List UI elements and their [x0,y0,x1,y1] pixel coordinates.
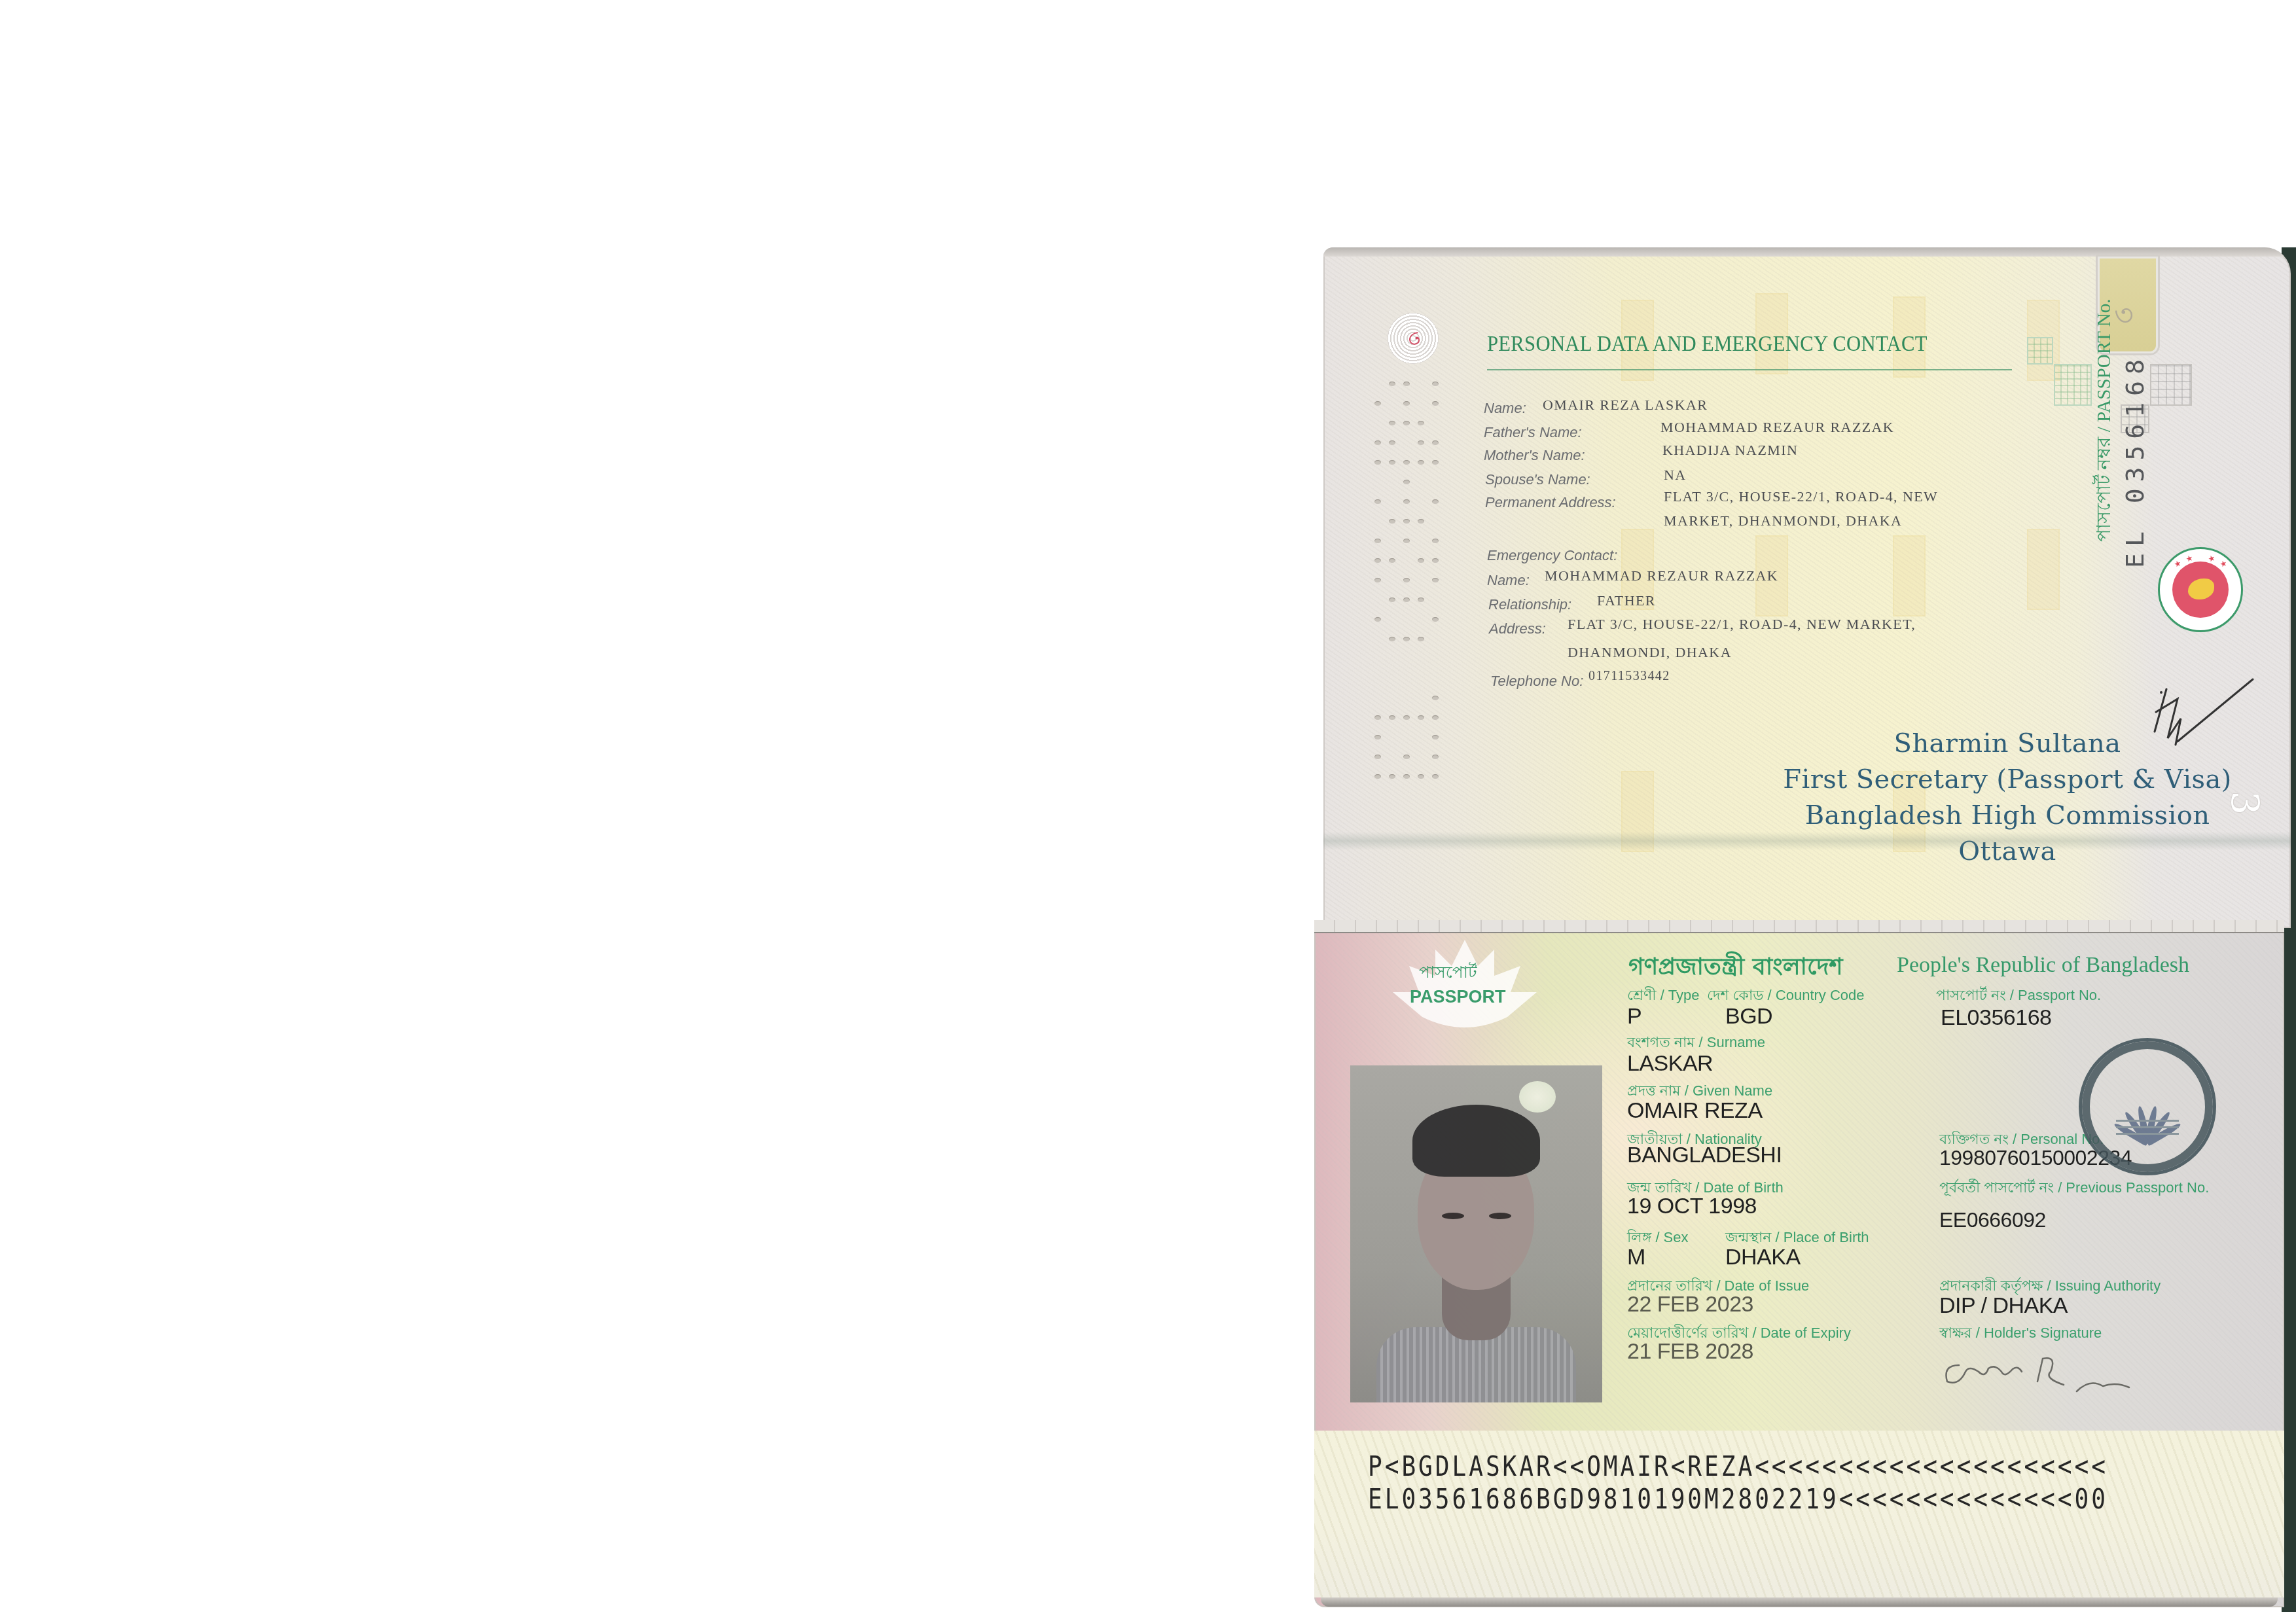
spouse-name-label: Spouse's Name: [1485,471,1590,488]
government-seal-icon: ★ ★ ★ ★ [2158,547,2243,632]
perforation-pattern [1374,382,1453,807]
page-number-badge: ৩ [1388,313,1439,364]
perforation-dot [1374,440,1381,445]
perforation-dot [1418,440,1424,445]
perforation-dot [1374,755,1381,759]
perforation-dot [1403,578,1410,582]
security-tile [2027,337,2053,365]
fold-shadow [1323,832,2291,850]
page-edge [1314,920,2284,933]
expiry-date-value: 21 FEB 2028 [1627,1339,1753,1364]
holder-photo [1350,1065,1602,1402]
perforation-dot [1403,539,1410,543]
perforation-dot [1418,637,1424,641]
emblem-label-bn: পাসপোর্ট [1419,959,1477,988]
perforation-dot [1418,774,1424,779]
emergency-address-line2: DHANMONDI, DHAKA [1568,644,1732,661]
issuing-office-stamp [2079,1038,2216,1175]
perforation-dot [1432,696,1439,700]
perforation-dot [1432,715,1439,720]
surname-value: LASKAR [1627,1051,1713,1077]
mrz-line-2: EL03561686BGD9810190M2802219<<<<<<<<<<<<… [1368,1483,2108,1515]
page-number-watermark: 3 [2223,791,2267,815]
perforation-dot [1432,617,1439,622]
perforation-dot [1403,382,1410,386]
perforation-dot [1432,401,1439,406]
page-edge [1323,247,2291,257]
perforation-dot [1374,401,1381,406]
relationship-value: FATHER [1597,592,1656,609]
given-name-value: OMAIR REZA [1627,1098,1763,1124]
telephone-label: Telephone No: [1490,673,1583,690]
perforation-dot [1374,539,1381,543]
perforation-dot [1432,460,1439,465]
officer-title: First Secretary (Passport & Visa) [1680,764,2291,794]
father-name-label: Father's Name: [1484,424,1582,441]
emergency-name-value: MOHAMMAD REZAUR RAZZAK [1545,567,1778,584]
perforation-dot [1418,558,1424,563]
perforation-dot [1389,460,1395,465]
mother-name-label: Mother's Name: [1484,447,1585,464]
machine-readable-zone: P<BGDLASKAR<<OMAIR<REZA<<<<<<<<<<<<<<<<<… [1314,1431,2284,1597]
telephone-value: 01711533442 [1588,669,1670,684]
emergency-address-label: Address: [1489,620,1546,637]
perforation-dot [1432,499,1439,504]
perforation-dot [1374,774,1381,779]
perforation-dot [1403,499,1410,504]
perforation-dot [1389,421,1395,425]
perforation-dot [1389,774,1395,779]
perforation-dot [1374,460,1381,465]
perforation-dot [1403,460,1410,465]
name-value: OMAIR REZA LASKAR [1543,397,1708,414]
country-name-bn: গণপ্রজাতন্ত্রী বাংলাদেশ [1628,949,1843,988]
officer-name: Sharmin Sultana [1680,728,2291,758]
perforation-dot [1418,519,1424,524]
section-title: PERSONAL DATA AND EMERGENCY CONTACT [1487,332,1928,357]
perforation-dot [1403,401,1410,406]
permanent-address-label: Permanent Address: [1485,494,1616,511]
perforation-dot [1403,755,1410,759]
perforation-dot [1403,637,1410,641]
vertical-passport-label: পাসপোর্ট নম্বর / PASSPORT No. [2089,299,2121,542]
mrz-line-1: P<BGDLASKAR<<OMAIR<REZA<<<<<<<<<<<<<<<<<… [1368,1450,2108,1482]
perforation-dot [1374,578,1381,582]
perforation-dot [1432,774,1439,779]
security-tile [2054,364,2092,406]
father-name-value: MOHAMMAD REZAUR RAZZAK [1660,419,1894,436]
perforation-dot [1418,715,1424,720]
perforation-dot [1389,715,1395,720]
perforation-dot [1432,578,1439,582]
perforation-dot [1374,558,1381,563]
relationship-label: Relationship: [1488,596,1571,613]
passport-data-page: পাসপোর্ট PASSPORT গণপ্রজাতন্ত্রী বাংলাদে… [1314,920,2284,1607]
perforation-dot [1389,637,1395,641]
perforation-dot [1374,715,1381,720]
perforation-dot [1418,597,1424,602]
perforation-dot [1418,421,1424,425]
office-name: Bangladesh High Commission [1680,800,2291,830]
issue-date-value: 22 FEB 2023 [1627,1292,1753,1317]
perforation-dot [1389,558,1395,563]
mother-name-value: KHADIJA NAZMIN [1662,442,1798,459]
previous-passport-label: পূর্ববর্তী পাসপোর্ট নং / Previous Passpo… [1939,1177,2209,1201]
perforation-dot [1374,499,1381,504]
perforation-dot [1403,715,1410,720]
emblem-label-en: PASSPORT [1410,987,1506,1007]
place-of-birth-value: DHAKA [1725,1245,1801,1270]
previous-passport-value: EE0666092 [1939,1208,2046,1232]
perforation-dot [1389,597,1395,602]
watermark-pattern [2027,529,2060,610]
perforation-dot [1389,382,1395,386]
perforation-dot [1432,440,1439,445]
name-label: Name: [1484,400,1526,417]
country-name-en: People's Republic of Bangladesh [1897,953,2189,978]
bangladesh-map-icon [2188,579,2214,599]
nationality-value: BANGLADESHI [1627,1143,1782,1168]
sex-value: M [1627,1245,1645,1270]
perforation-dot [1432,382,1439,386]
security-tile [2150,364,2192,406]
issuing-authority-value: DIP / DHAKA [1939,1293,2068,1319]
perforation-dot [1403,519,1410,524]
perforation-dot [1389,519,1395,524]
dob-value: 19 OCT 1998 [1627,1194,1757,1219]
page-stack-edge [1321,1597,2278,1607]
emergency-name-label: Name: [1487,572,1530,589]
permanent-address-line1: FLAT 3/C, HOUSE-22/1, ROAD-4, NEW [1664,488,1938,505]
type-value: P [1627,1004,1641,1029]
perforation-dot [1432,539,1439,543]
perforation-dot [1432,755,1439,759]
emergency-address-line1: FLAT 3/C, HOUSE-22/1, ROAD-4, NEW MARKET… [1568,616,1916,633]
hologram-dot [1519,1081,1556,1113]
holder-signature-label: স্বাক্ষর / Holder's Signature [1939,1322,2102,1346]
perforation-dot [1432,558,1439,563]
watermark-pattern [1893,535,1926,616]
country-code-value: BGD [1725,1004,1772,1029]
perforation-dot [1403,421,1410,425]
spouse-name-value: NA [1664,467,1687,484]
perforation-dot [1374,735,1381,740]
perforation-dot [1403,774,1410,779]
vertical-passport-number: EL 0356168 [2121,353,2149,568]
perforation-dot [1374,617,1381,622]
permanent-address-line2: MARKET, DHANMONDI, DHAKA [1664,512,1902,529]
perforation-dot [1403,480,1410,484]
personal-data-page: ৩ PERSONAL DATA AND EMERGENCY CONTACT ৩ … [1323,247,2291,928]
emergency-contact-heading: Emergency Contact: [1487,547,1617,564]
perforation-dot [1418,460,1424,465]
holder-signature [1939,1346,2162,1404]
perforation-dot [1432,735,1439,740]
perforation-dot [1389,440,1395,445]
perforation-dot [1403,597,1410,602]
passport-no-value: EL0356168 [1941,1005,2051,1031]
title-underline [1487,369,2012,370]
